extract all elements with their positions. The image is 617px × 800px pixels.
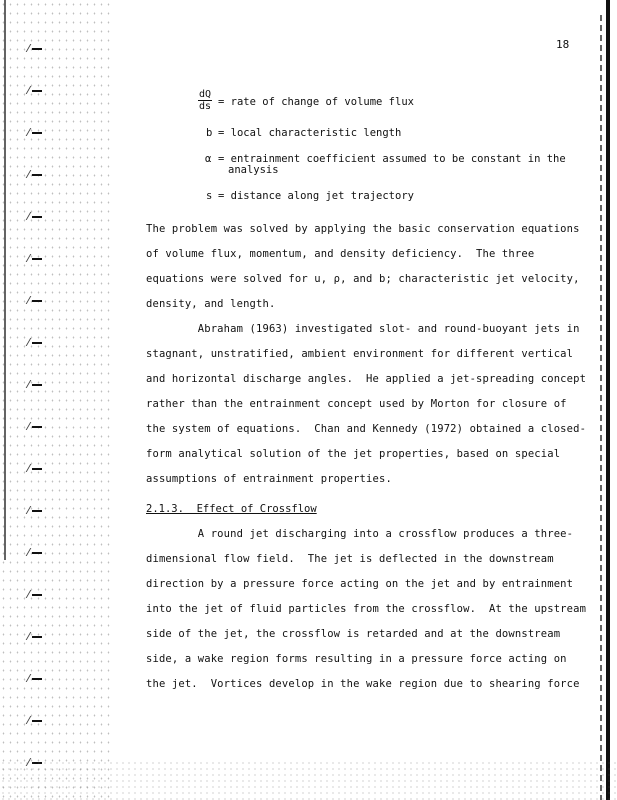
margin-mark-icon — [32, 132, 42, 134]
paragraph-line: Abraham (1963) investigated slot- and ro… — [146, 323, 580, 335]
margin-mark-icon — [32, 174, 42, 176]
margin-mark-icon — [32, 258, 42, 260]
scan-noise-left — [0, 0, 110, 800]
margin-mark-icon — [32, 48, 42, 50]
paragraph-line: stagnant, unstratified, ambient environm… — [146, 348, 573, 360]
paragraph-line: direction by a pressure force acting on … — [146, 578, 573, 590]
margin-mark-icon — [32, 426, 42, 428]
section-heading: 2.1.3. Effect of Crossflow — [146, 503, 317, 515]
paragraph-line: assumptions of entrainment properties. — [146, 473, 392, 485]
binding-edge-left — [4, 0, 6, 560]
margin-mark-icon — [32, 468, 42, 470]
paragraph-line: side of the jet, the crossflow is retard… — [146, 628, 560, 640]
margin-mark-icon — [32, 510, 42, 512]
paragraph-line: the jet. Vortices develop in the wake re… — [146, 678, 580, 690]
margin-mark-icon — [32, 594, 42, 596]
definition-text: = local characteristic length — [218, 127, 401, 139]
fraction-numerator: dQ — [198, 89, 212, 101]
margin-mark-icon — [32, 384, 42, 386]
fraction-dq-ds: dQ ds — [198, 89, 212, 112]
paragraph-line: equations were solved for u, ρ, and b; c… — [146, 273, 580, 285]
margin-mark-icon — [32, 552, 42, 554]
definition-text: = rate of change of volume flux — [218, 96, 414, 108]
definition-symbol: s — [206, 190, 212, 202]
margin-mark-icon — [32, 300, 42, 302]
scan-noise-bottom — [0, 760, 617, 800]
document-page: 18 dQ ds = rate of change of volume flux… — [0, 0, 617, 800]
paragraph-line: side, a wake region forms resulting in a… — [146, 653, 567, 665]
definition-text-continued: analysis — [228, 164, 279, 176]
paragraph-line: the system of equations. Chan and Kenned… — [146, 423, 586, 435]
paragraph-line: A round jet discharging into a crossflow… — [146, 528, 573, 540]
margin-mark-icon — [32, 678, 42, 680]
definition-text: = distance along jet trajectory — [218, 190, 414, 202]
paragraph-line: The problem was solved by applying the b… — [146, 223, 580, 235]
paragraph-line: dimensional flow field. The jet is defle… — [146, 553, 554, 565]
paragraph-line: form analytical solution of the jet prop… — [146, 448, 560, 460]
definition-symbol: b — [206, 127, 212, 139]
paragraph-line: and horizontal discharge angles. He appl… — [146, 373, 586, 385]
binding-edge-right — [606, 0, 610, 800]
margin-mark-icon — [32, 720, 42, 722]
margin-mark-icon — [32, 342, 42, 344]
margin-mark-icon — [32, 636, 42, 638]
margin-mark-icon — [32, 216, 42, 218]
margin-mark-icon — [32, 90, 42, 92]
paragraph-line: density, and length. — [146, 298, 275, 310]
fraction-denominator: ds — [198, 101, 212, 112]
definition-symbol: α — [205, 153, 211, 165]
paragraph-line: of volume flux, momentum, and density de… — [146, 248, 534, 260]
page-number: 18 — [556, 38, 569, 51]
paragraph-line: rather than the entrainment concept used… — [146, 398, 567, 410]
paragraph-line: into the jet of fluid particles from the… — [146, 603, 586, 615]
binding-edge-right-dashed — [600, 15, 602, 800]
